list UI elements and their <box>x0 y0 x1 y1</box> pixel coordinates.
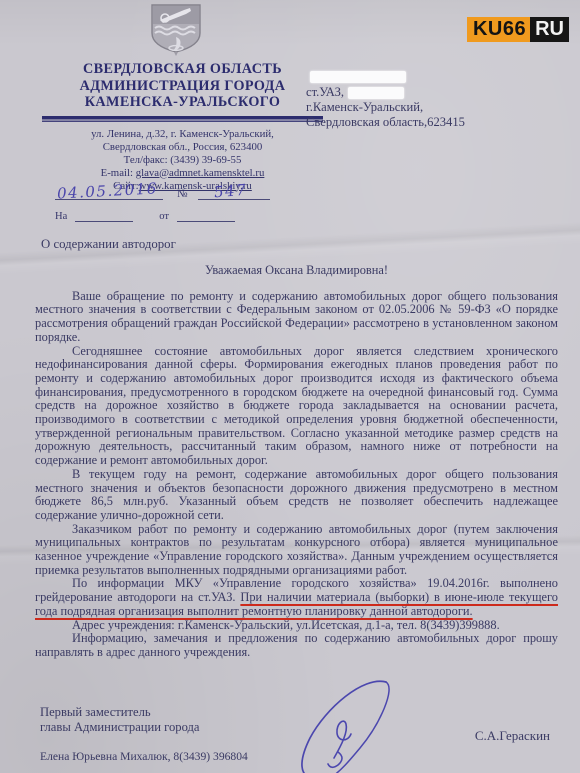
signer-name: С.А.Гераскин <box>475 728 550 744</box>
paragraph-1: Ваше обращение по ремонту и содержанию а… <box>35 290 558 345</box>
signer-position-line1: Первый заместитель <box>40 705 200 720</box>
letterhead-divider <box>42 116 323 122</box>
recipient-city: г.Каменск-Уральский, <box>306 100 564 115</box>
reply-to-row: На от <box>55 209 305 222</box>
letterhead-region-zip: Свердловская обл., Россия, 623400 <box>40 141 325 154</box>
recipient-station: ст.УАЗ, <box>306 85 344 99</box>
letterhead: СВЕРДЛОВСКАЯ ОБЛАСТЬ АДМИНИСТРАЦИЯ ГОРОД… <box>40 61 325 193</box>
letterhead-street: ул. Ленина, д.32, г. Каменск-Уральский, <box>40 128 325 141</box>
redaction-box <box>348 87 404 99</box>
ku66-logo-left: KU66 <box>467 17 530 42</box>
signer-position: Первый заместитель главы Администрации г… <box>40 705 200 734</box>
city-coat-of-arms-icon <box>146 3 206 57</box>
handwritten-signature <box>268 680 403 773</box>
paragraph-2: Сегодняшнее состояние автомобильных доро… <box>35 345 558 468</box>
na-label: На <box>55 211 67 222</box>
number-sign: № <box>177 188 188 200</box>
paragraph-3: В текущем году на ремонт, содержание авт… <box>35 468 558 523</box>
executor-contact: Елена Юрьевна Михалюк, 8(3439) 396804 <box>40 750 248 763</box>
redaction-box <box>310 71 406 83</box>
recipient-region-zip: Свердловская область,623415 <box>306 115 564 130</box>
subject-line: О содержании автодорог <box>41 237 176 252</box>
date-field: 04.05.2016 <box>55 183 163 200</box>
ku66-ru-logo: KU66 RU <box>467 17 569 42</box>
na-field <box>75 209 133 222</box>
paragraph-6: Адрес учреждения: г.Каменск-Уральский, у… <box>35 619 558 633</box>
number-field: 547 <box>198 183 270 200</box>
paragraph-5: По информации МКУ «Управление городского… <box>35 577 558 618</box>
email-label: E-mail: <box>101 167 136 179</box>
letter-body: Уважаемая Оксана Владимировна! Ваше обра… <box>35 264 558 660</box>
letterhead-org-line1: АДМИНИСТРАЦИЯ ГОРОДА <box>40 78 325 95</box>
doc-meta: 04.05.2016 № 547 На от <box>55 183 305 222</box>
email-address: glava@admnet.kamensktel.ru <box>136 167 265 179</box>
handwritten-number: 547 <box>213 181 248 202</box>
paragraph-4: Заказчиком работ по ремонту и содержанию… <box>35 523 558 578</box>
letterhead-org-line2: КАМЕНСКА-УРАЛЬСКОГО <box>40 94 325 111</box>
ot-label: от <box>159 211 169 222</box>
date-number-row: 04.05.2016 № 547 <box>55 183 305 200</box>
recipient-block: ст.УАЗ, г.Каменск-Уральский, Свердловска… <box>306 70 564 130</box>
salutation: Уважаемая Оксана Владимировна! <box>35 264 558 278</box>
handwritten-date: 04.05.2016 <box>57 179 159 202</box>
paragraph-7: Информацию, замечания и предложения по с… <box>35 632 558 659</box>
recipient-line1: ст.УАЗ, <box>306 85 564 100</box>
letterhead-phone: Тел/факс: (3439) 39-69-55 <box>40 154 325 167</box>
ot-field <box>177 209 235 222</box>
letterhead-email-line: E-mail: glava@admnet.kamensktel.ru <box>40 167 325 180</box>
scanned-letter-page: KU66 RU СВЕРДЛОВСКАЯ ОБЛАСТЬ АДМИНИСТРАЦ… <box>0 0 580 773</box>
recipient-redacted-name <box>306 70 564 85</box>
letterhead-region: СВЕРДЛОВСКАЯ ОБЛАСТЬ <box>40 61 325 78</box>
ku66-logo-right: RU <box>530 17 569 42</box>
signer-position-line2: главы Администрации города <box>40 720 200 735</box>
